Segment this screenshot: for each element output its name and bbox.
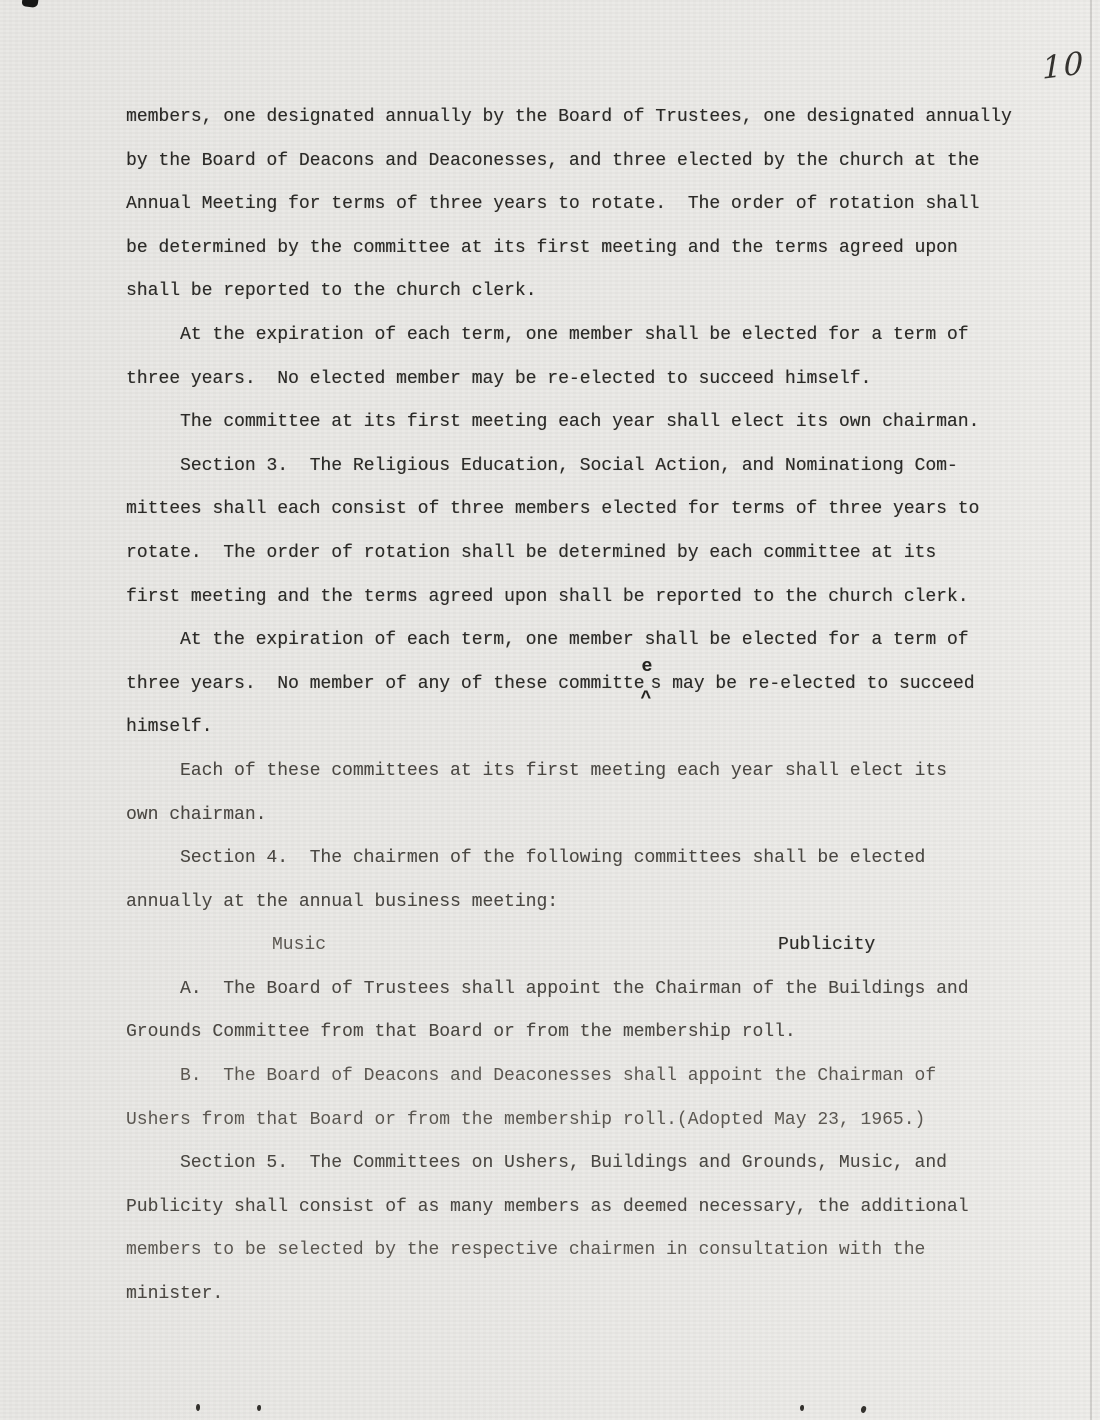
text-line: Section 5. The Committees on Ushers, Bui…: [126, 1142, 1086, 1186]
text-line: Publicity shall consist of as many membe…: [126, 1186, 1086, 1230]
text-line: annually at the annual business meeting:: [126, 881, 1086, 925]
scan-artifact-top-left: [22, 0, 39, 8]
text-line: Section 3. The Religious Education, Soci…: [126, 445, 1086, 489]
text-line: Annual Meeting for terms of three years …: [126, 183, 1086, 227]
text-line: Each of these committees at its first me…: [126, 750, 1086, 794]
text-line: members to be selected by the respective…: [126, 1229, 1086, 1273]
scanned-document-page: 10 members, one designated annually by t…: [0, 0, 1100, 1420]
typewritten-text: members, one designated annually by the …: [126, 96, 1086, 1317]
text-line: At the expiration of each term, one memb…: [126, 314, 1086, 358]
text-line: three years. No elected member may be re…: [126, 358, 1086, 402]
text-line: At the expiration of each term, one memb…: [126, 619, 1086, 663]
insertion-mark: e^: [644, 670, 650, 688]
correction-before: three years. No member of any of these c…: [126, 674, 644, 694]
text-line: Ushers from that Board or from the membe…: [126, 1099, 1086, 1143]
scan-speck: [860, 1405, 867, 1413]
committee-columns-row: MusicPublicity: [126, 924, 1086, 968]
text-line: The committee at its first meeting each …: [126, 401, 1086, 445]
scan-speck: [196, 1404, 200, 1411]
text-line: B. The Board of Deacons and Deaconesses …: [126, 1055, 1086, 1099]
text-line: himself.: [126, 706, 1086, 750]
text-line: Section 4. The chairmen of the following…: [126, 837, 1086, 881]
text-line: shall be reported to the church clerk.: [126, 270, 1086, 314]
text-line: A. The Board of Trustees shall appoint t…: [126, 968, 1086, 1012]
correction-after: s may be re-elected to succeed: [650, 674, 974, 694]
text-line: Grounds Committee from that Board or fro…: [126, 1011, 1086, 1055]
text-line: minister.: [126, 1273, 1086, 1317]
scan-speck: [800, 1405, 804, 1411]
column-publicity-label: Publicity: [778, 924, 875, 968]
column-music-label: Music: [272, 924, 326, 968]
page-number: 10: [1042, 45, 1086, 86]
text-line: mittees shall each consist of three memb…: [126, 488, 1086, 532]
text-line: rotate. The order of rotation shall be d…: [126, 532, 1086, 576]
text-line: by the Board of Deacons and Deaconesses,…: [126, 140, 1086, 184]
text-line: own chairman.: [126, 794, 1086, 838]
scan-edge-streak: [1090, 0, 1092, 1420]
text-line: members, one designated annually by the …: [126, 96, 1086, 140]
text-line-with-correction: three years. No member of any of these c…: [126, 663, 1086, 707]
scan-speck: [257, 1405, 261, 1411]
text-line: be determined by the committee at its fi…: [126, 227, 1086, 271]
text-line: first meeting and the terms agreed upon …: [126, 576, 1086, 620]
